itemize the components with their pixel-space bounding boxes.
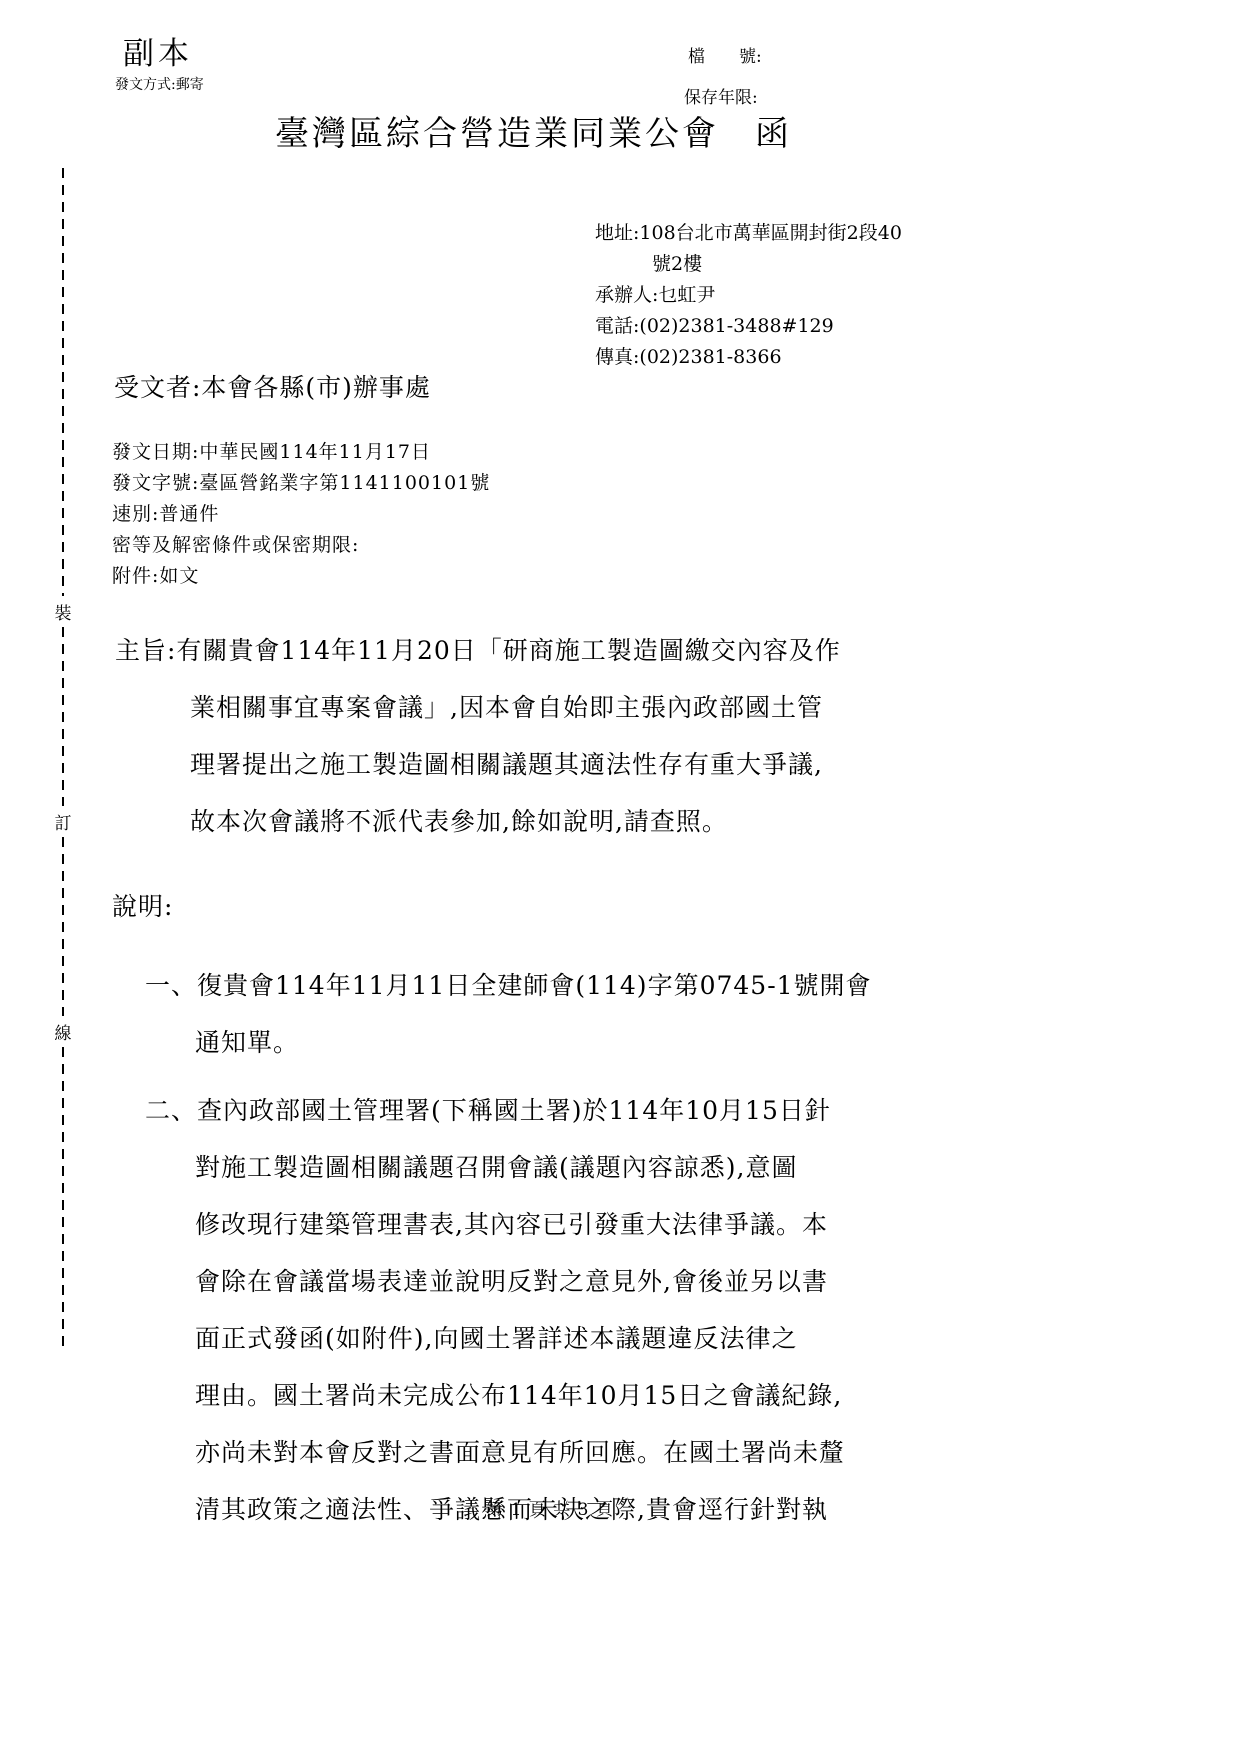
- document-type: 函: [755, 114, 792, 154]
- contact-address: 地址:108台北市萬華區開封街2段40 號2樓: [595, 218, 902, 280]
- priority-level: 速別:普通件: [112, 499, 490, 530]
- official-letter-page: 副本 發文方式:郵寄 檔 號: 保存年限: 臺灣區綜合營造業同業公會函 裝 訂 …: [0, 0, 1241, 1755]
- doc-number: 發文字號:臺區營銘業字第1141100101號: [112, 468, 490, 499]
- subject-paragraph: 主旨:有關貴會114年11月20日「研商施工製造圖繳交內容及作 業相關事宜專案會…: [115, 622, 1230, 850]
- contact-fax: 傳真:(02)2381-8366: [595, 342, 902, 373]
- binding-dashed-line: [62, 837, 64, 1016]
- metadata-block: 發文日期:中華民國114年11月17日 發文字號:臺區營銘業字第11411001…: [112, 437, 490, 592]
- attachment-note: 附件:如文: [112, 561, 490, 592]
- recipient-line: 受文者:本會各縣(市)辦事處: [114, 368, 431, 404]
- issuing-org-name: 臺灣區綜合營造業同業公會: [275, 114, 719, 154]
- page-number-footer: 第 1 頁 共 3 頁: [0, 1495, 1100, 1520]
- delivery-method: 發文方式:郵寄: [115, 74, 204, 94]
- issue-date: 發文日期:中華民國114年11月17日: [112, 437, 490, 468]
- binding-margin: 裝 訂 線: [52, 168, 74, 1346]
- contact-block: 地址:108台北市萬華區開封街2段40 號2樓 承辦人:乜虹尹 電話:(02)2…: [595, 218, 902, 373]
- contact-person: 承辦人:乜虹尹: [595, 280, 902, 311]
- contact-phone: 電話:(02)2381-3488#129: [595, 311, 902, 342]
- binding-mark-ding: 訂: [55, 809, 72, 834]
- binding-mark-xian: 線: [55, 1019, 72, 1044]
- explanation-label: 說明:: [112, 887, 173, 923]
- explanation-item-1: 一、復貴會114年11月11日全建師會(114)字第0745-1號開會 通知單。: [145, 957, 1215, 1071]
- file-number-label: 檔 號:: [688, 42, 762, 67]
- binding-dashed-line: [62, 168, 64, 596]
- explanation-item-2: 二、查內政部國土管理署(下稱國土署)於114年10月15日針 對施工製造圖相關議…: [145, 1082, 1215, 1538]
- document-title: 臺灣區綜合營造業同業公會函: [275, 106, 792, 155]
- binding-dashed-line: [62, 627, 64, 806]
- retention-period-label: 保存年限:: [684, 83, 758, 108]
- binding-dashed-line: [62, 1047, 64, 1346]
- security-classification: 密等及解密條件或保密期限:: [112, 530, 490, 561]
- binding-mark-zhuang: 裝: [55, 599, 72, 624]
- copy-label: 副本: [123, 28, 193, 73]
